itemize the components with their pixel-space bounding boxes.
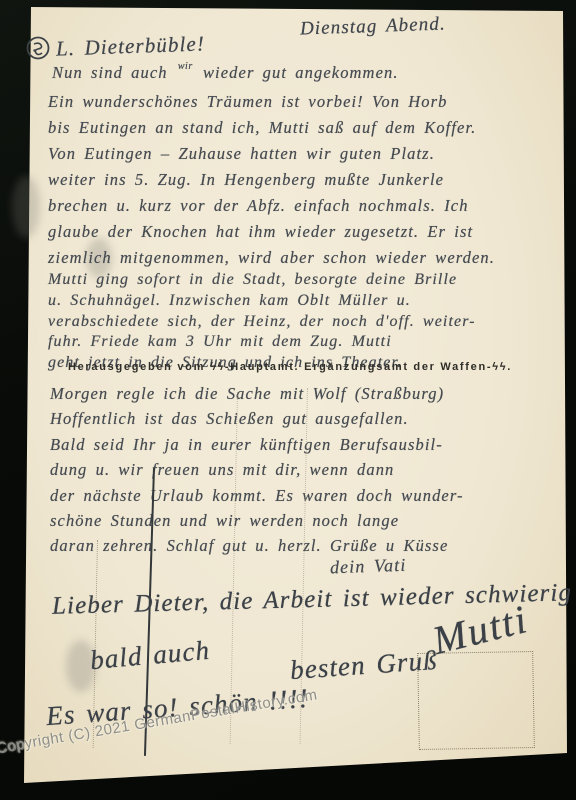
handwriting-line: verabschiedete sich, der Heinz, der noch… [48,312,476,333]
handwriting-line: fuhr. Friede kam 3 Uhr mit dem Zug. Mutt… [48,332,476,353]
handwriting-line: dung u. wir freuen uns mit dir, wenn dan… [50,457,464,482]
handwriting-line: Ein wunderschönes Träumen ist vorbei! Vo… [48,89,495,115]
handwriting-line: ziemlich mitgenommen, wird aber schon wi… [48,245,495,271]
handwriting-line: weiter ins 5. Zug. In Hengenberg mußte J… [48,167,495,193]
handwriting-line: u. Schuhnägel. Inzwischen kam Oblt Mülle… [48,291,476,312]
inserted-word: wir [178,61,193,72]
letter-body-lower: Morgen regle ich die Sache mit Wolf (Str… [50,381,464,559]
handwriting-line: Mutti ging sofort in die Stadt, besorgte… [48,270,476,291]
handwriting-line: Von Eutingen – Zuhause hatten wir guten … [48,141,495,167]
handwriting-line: Hoffentlich ist das Schießen gut ausgefa… [50,406,464,431]
handwriting-line: Bald seid Ihr ja in eurer künftigen Beru… [50,432,464,457]
ink-smudge [12,176,40,238]
handwriting-line: schöne Stunden und wir werden noch lange [50,508,464,533]
handwriting-line: der nächste Urlaub kommt. Es waren doch … [50,483,464,508]
handwriting-line-opening: Nun sind auch wir wieder gut angekommen. [52,63,399,83]
signature-vati: dein Vati [330,555,407,579]
opening-post: wieder gut angekommen. [203,63,399,82]
salutation: L. Dieterbüble! [56,31,206,61]
handwriting-line: bis Eutingen an stand ich, Mutti saß auf… [48,115,495,141]
handwriting-line: Morgen regle ich die Sache mit Wolf (Str… [50,381,464,406]
opening-pre: Nun sind auch [52,63,168,82]
printed-imprint: Herausgegeben vom ϟϟ-Hauptamt. Ergänzung… [34,361,546,373]
handwriting-line: brechen u. kurz vor der Abfz. einfach no… [48,193,495,219]
circled-mark-icon [25,35,51,61]
letter-body-middle: Mutti ging sofort in die Stadt, besorgte… [48,270,476,374]
handwriting-line: glaube der Knochen hat ihm wieder zugese… [48,219,495,245]
letter-body-upper: Ein wunderschönes Träumen ist vorbei! Vo… [48,89,495,271]
